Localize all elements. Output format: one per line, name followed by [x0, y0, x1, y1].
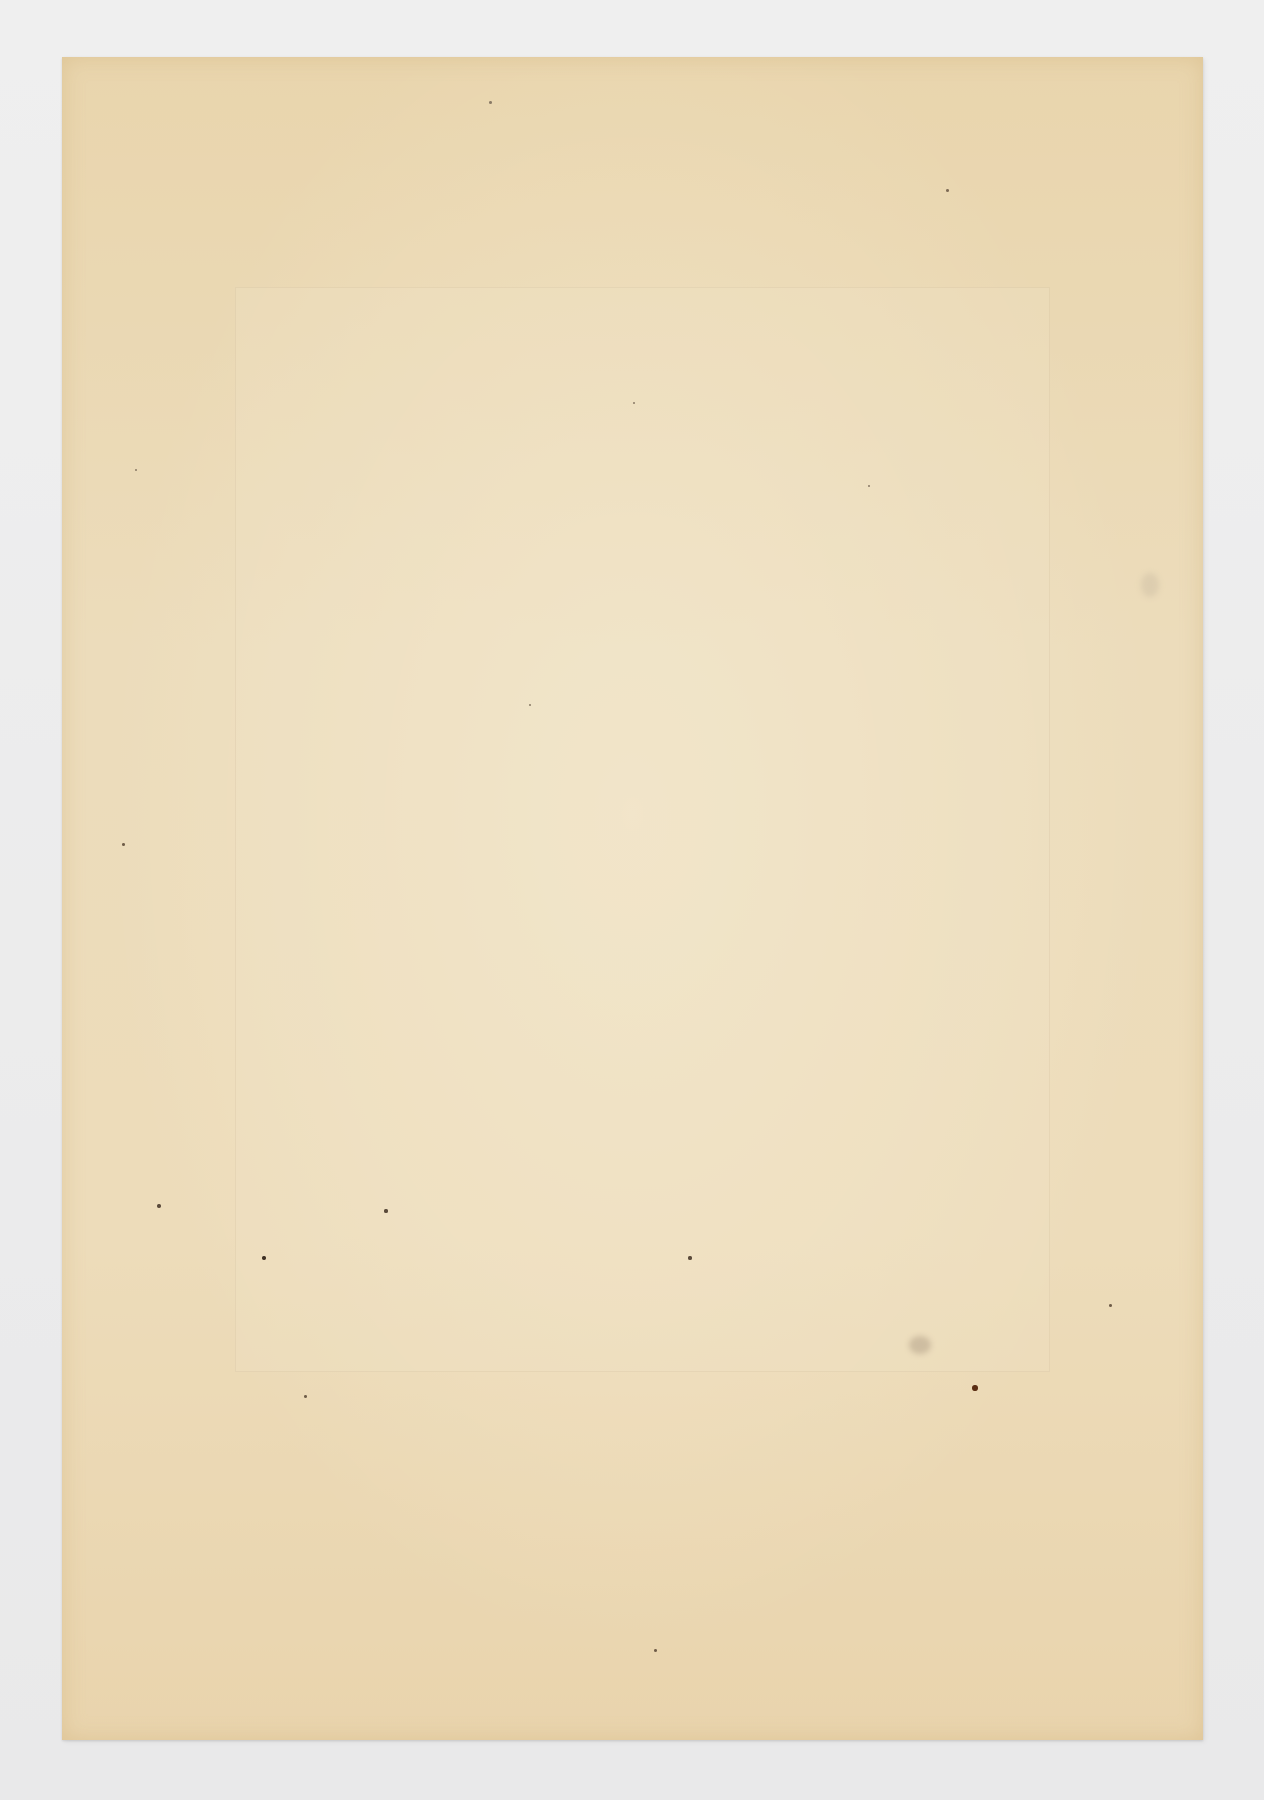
foxing-speck — [262, 1256, 266, 1260]
foxing-speck — [972, 1385, 977, 1390]
foxing-speck — [489, 101, 492, 104]
foxing-speck — [135, 469, 137, 471]
paper-stain — [909, 1336, 931, 1354]
foxing-speck — [654, 1649, 657, 1652]
faint-plate-mark — [235, 287, 1050, 1372]
foxing-speck — [122, 843, 125, 846]
foxing-speck — [688, 1256, 692, 1260]
paper-stain — [1141, 573, 1159, 597]
foxing-speck — [1109, 1304, 1112, 1307]
foxing-speck — [384, 1209, 388, 1213]
foxing-speck — [157, 1204, 161, 1208]
blank-aged-paper-sheet — [62, 57, 1203, 1740]
foxing-speck — [946, 189, 949, 192]
foxing-speck — [304, 1395, 307, 1398]
